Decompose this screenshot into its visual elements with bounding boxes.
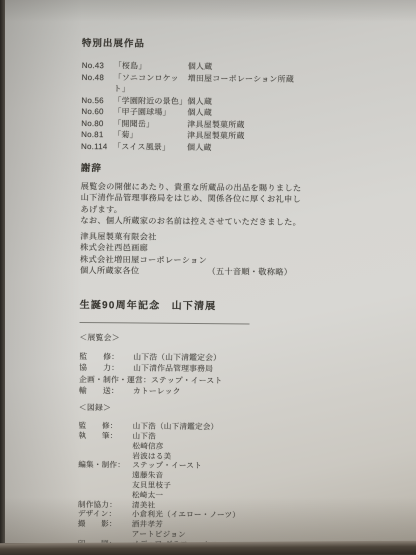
- lenders-list: 津具屋製菓有限会社 株式会社西邑画廊 株式会社増田屋コーポレーション 個人所蔵家…: [80, 231, 390, 279]
- work-owner: 個人蔵: [188, 61, 213, 73]
- special-works-list: No.43 「桜島」 個人蔵 No.48 「ソニコンロケット」 増田屋コーポレー…: [81, 60, 392, 155]
- work-row: No.114 「スイス風景」 個人蔵: [81, 140, 391, 154]
- credit-label: [78, 441, 132, 451]
- special-works-heading: 特別出展作品: [82, 38, 392, 52]
- credit-label: [78, 490, 132, 500]
- credit-value: 山下浩: [132, 431, 155, 441]
- credit-value: アートビジョン: [132, 529, 186, 539]
- credit-value: 山下浩（山下清鑑定会）: [133, 352, 221, 364]
- work-number: No.114: [81, 140, 113, 152]
- credit-row: 輸 送： カトーレック: [79, 385, 389, 399]
- title-underline: [80, 322, 250, 324]
- credit-value: ステップ・イースト: [151, 374, 223, 386]
- work-title: 「甲子園球場」: [113, 106, 187, 118]
- photo-edge-bottom: [0, 541, 416, 555]
- work-number: No.80: [81, 117, 113, 129]
- work-number: No.48: [82, 71, 114, 94]
- work-title: 「開聞岳」: [113, 118, 187, 130]
- credit-value: 松崎太一: [132, 490, 163, 500]
- work-owner: 個人蔵: [187, 107, 212, 119]
- work-title: 「ソニコンロケット」: [114, 72, 188, 96]
- credit-label: [78, 470, 132, 480]
- credit-label: 協 力：: [79, 362, 133, 374]
- credit-value: 山下清作品管理事務局: [133, 363, 213, 375]
- catalog-credits: 監 修： 山下浩（山下清鑑定会） 執 筆： 山下浩 松崎信彦 岩波はる美 編集・…: [77, 421, 388, 555]
- work-number: No.56: [81, 94, 113, 106]
- work-row: No.48 「ソニコンロケット」 増田屋コーポレーション所蔵: [82, 71, 392, 97]
- exhibition-credits: 監 修： 山下浩（山下清鑑定会） 協 力： 山下清作品管理事務局 企画・制作・運…: [79, 351, 389, 399]
- credit-value: カトーレック: [133, 386, 181, 398]
- credit-label: 編集・制作：: [78, 460, 132, 470]
- credit-label: 企画・制作・運営：: [79, 374, 151, 386]
- work-number: No.60: [81, 106, 113, 118]
- acknowledgments-paragraph: 展覧会の開催にあたり、貴重な所蔵品の出品を賜りました 山下清作品管理事務局をはじ…: [80, 181, 390, 229]
- work-number: No.81: [81, 129, 113, 141]
- credit-label: 輸 送：: [79, 385, 133, 397]
- credit-value: 酒井孝芳: [132, 520, 163, 530]
- credit-label: デザイン：: [78, 509, 132, 519]
- credit-value: 友貝里枝子: [132, 480, 171, 490]
- lender-name: 津具屋製菓有限会社: [80, 231, 156, 243]
- work-owner: 津具屋製菓所蔵: [187, 118, 245, 130]
- credit-label: 撮 影：: [78, 519, 132, 529]
- lender-row: 個人所蔵家各位 （五十音順・敬称略）: [80, 265, 390, 279]
- sort-order-note: （五十音順・敬称略）: [207, 266, 292, 278]
- work-title: 「桜島」: [114, 60, 188, 72]
- work-title: 「スイス風景」: [113, 141, 187, 153]
- work-owner: 個人蔵: [187, 95, 212, 107]
- work-title: 「学園附近の景色」: [113, 95, 187, 107]
- work-number: No.43: [82, 60, 114, 72]
- exhibition-title: 生誕90周年記念 山下清展: [80, 300, 390, 315]
- book-page: 特別出展作品 No.43 「桜島」 個人蔵 No.48 「ソニコンロケット」 増…: [4, 0, 416, 543]
- work-owner: 津具屋製菓所蔵: [187, 130, 245, 142]
- lender-name: 個人所蔵家各位: [80, 265, 140, 277]
- exhibition-section-heading: ＜展覧会＞: [79, 333, 389, 346]
- credit-value: 松崎信彦: [132, 441, 163, 451]
- lender-name: 株式会社西邑画廊: [80, 242, 148, 254]
- lighting-shade-left: [4, 0, 82, 543]
- credit-label: 監 修：: [79, 421, 133, 431]
- work-owner: 個人蔵: [187, 141, 212, 153]
- page-content: 特別出展作品 No.43 「桜島」 個人蔵 No.48 「ソニコンロケット」 増…: [77, 38, 392, 555]
- acknowledgments-heading: 謝辞: [81, 163, 391, 177]
- credit-label: 執 筆：: [78, 431, 132, 441]
- credit-label: [78, 529, 132, 539]
- book-page-photo: 特別出展作品 No.43 「桜島」 個人蔵 No.48 「ソニコンロケット」 増…: [0, 0, 416, 555]
- work-owner: 増田屋コーポレーション所蔵: [188, 72, 294, 96]
- photo-edge-left: [0, 0, 5, 555]
- credit-label: [78, 480, 132, 490]
- credit-label: 監 修：: [79, 351, 133, 363]
- credit-value: 遠藤朱音: [132, 471, 163, 481]
- catalog-section-heading: ＜図録＞: [79, 403, 389, 416]
- work-title: 「菊」: [113, 129, 187, 141]
- acknowledgments-line: なお、個人所蔵家のお名前は控えさせていただきました。: [80, 215, 390, 229]
